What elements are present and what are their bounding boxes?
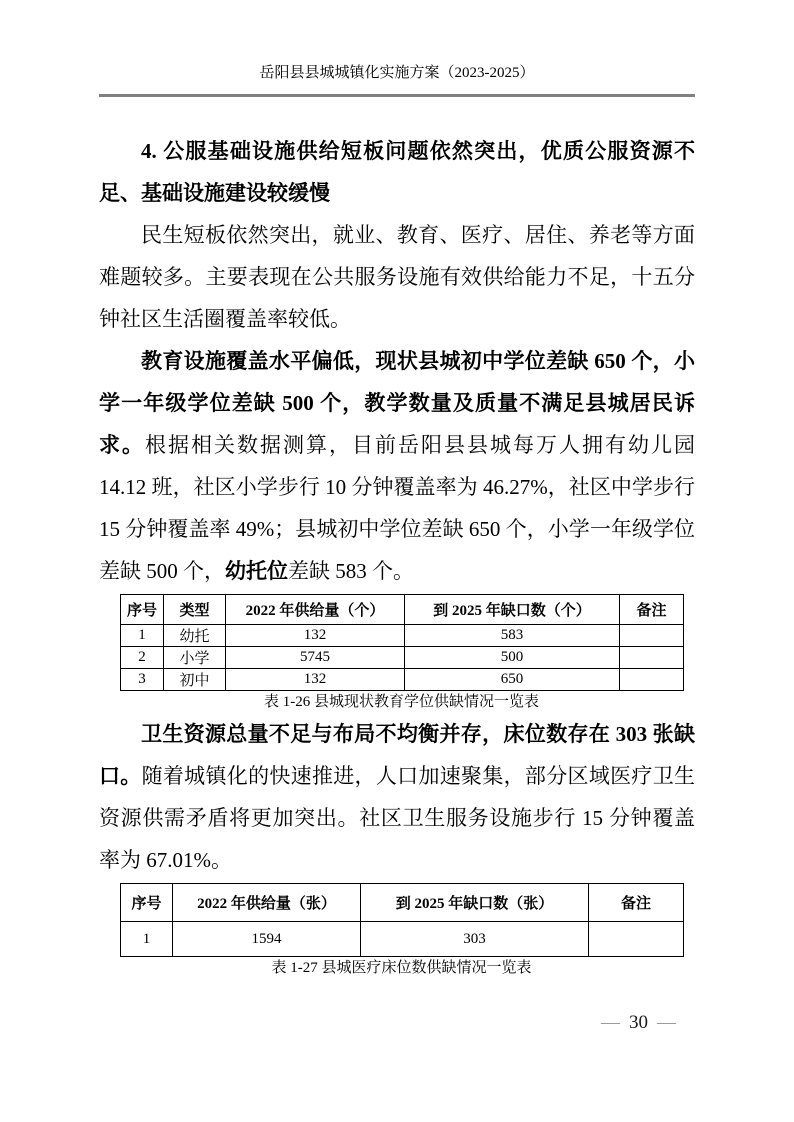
table-row: 3 初中 132 650 (121, 669, 684, 691)
page-number-dash-left: — (601, 1012, 620, 1033)
table-cell: 1 (121, 625, 164, 647)
education-regular-tail: 差缺 583 个。 (288, 559, 414, 583)
table-cell: 500 (405, 647, 620, 669)
table-cell: 小学 (164, 647, 226, 669)
page-number: —30— (601, 1012, 676, 1034)
table-header-row: 序号 类型 2022 年供给量（个） 到 2025 年缺口数（个） 备注 (121, 595, 684, 625)
table-cell: 132 (226, 669, 405, 691)
medical-beds-table: 序号 2022 年供给量（张） 到 2025 年缺口数（张） 备注 1 1594… (120, 883, 684, 957)
table-header-cell: 2022 年供给量（个） (226, 595, 405, 625)
table-header-cell: 2022 年供给量（张） (173, 884, 361, 922)
table-cell (589, 922, 684, 957)
page-header: 岳阳县县城城镇化实施方案（2023-2025） (99, 64, 695, 97)
table-cell: 650 (405, 669, 620, 691)
table-header-row: 序号 2022 年供给量（张） 到 2025 年缺口数（张） 备注 (121, 884, 684, 922)
document-page: 岳阳县县城城镇化实施方案（2023-2025） 4. 公服基础设施供给短板问题依… (0, 0, 794, 1122)
table-cell (620, 669, 684, 691)
table-cell (620, 625, 684, 647)
paragraph-livelihood: 民生短板依然突出，就业、教育、医疗、居住、养老等方面难题较多。主要表现在公共服务… (99, 214, 695, 340)
table-cell: 2 (121, 647, 164, 669)
table-caption: 表 1-26 县城现状教育学位供缺情况一览表 (120, 692, 683, 713)
document-title: 岳阳县县城城镇化实施方案（2023-2025） (260, 65, 535, 81)
table-cell: 303 (361, 922, 589, 957)
table-header-cell: 到 2025 年缺口数（个） (405, 595, 620, 625)
table-cell (620, 647, 684, 669)
section-heading: 4. 公服基础设施供给短板问题依然突出，优质公服资源不足、基础设施建设较缓慢 (99, 130, 695, 214)
table-row: 1 1594 303 (121, 922, 684, 957)
education-gap-table: 序号 类型 2022 年供给量（个） 到 2025 年缺口数（个） 备注 1 幼… (120, 594, 684, 691)
table-cell: 幼托 (164, 625, 226, 647)
table-cell: 1594 (173, 922, 361, 957)
page-number-value: 30 (629, 1012, 648, 1033)
table-header-cell: 序号 (121, 884, 173, 922)
table-cell: 583 (405, 625, 620, 647)
paragraph-education: 教育设施覆盖水平偏低，现状县城初中学位差缺 650 个，小学一年级学位差缺 50… (99, 340, 695, 592)
table-header-cell: 类型 (164, 595, 226, 625)
table-header-cell: 到 2025 年缺口数（张） (361, 884, 589, 922)
page-number-dash-right: — (657, 1012, 676, 1033)
table-header-cell: 序号 (121, 595, 164, 625)
table-caption: 表 1-27 县城医疗床位数供缺情况一览表 (120, 958, 683, 979)
table-cell: 132 (226, 625, 405, 647)
page-content: 4. 公服基础设施供给短板问题依然突出，优质公服资源不足、基础设施建设较缓慢 民… (99, 97, 695, 979)
table-header-cell: 备注 (589, 884, 684, 922)
table-cell: 1 (121, 922, 173, 957)
table-header-cell: 备注 (620, 595, 684, 625)
table-cell: 3 (121, 669, 164, 691)
table-row: 2 小学 5745 500 (121, 647, 684, 669)
table-row: 1 幼托 132 583 (121, 625, 684, 647)
education-bold-inline: 幼托位 (225, 559, 288, 583)
health-regular-tail: 随着城镇化的快速推进，人口加速聚集，部分区域医疗卫生资源供需矛盾将更加突出。社区… (99, 764, 695, 872)
table-cell: 初中 (164, 669, 226, 691)
paragraph-health: 卫生资源总量不足与布局不均衡并存，床位数存在 303 张缺口。随着城镇化的快速推… (99, 713, 695, 881)
table-cell: 5745 (226, 647, 405, 669)
